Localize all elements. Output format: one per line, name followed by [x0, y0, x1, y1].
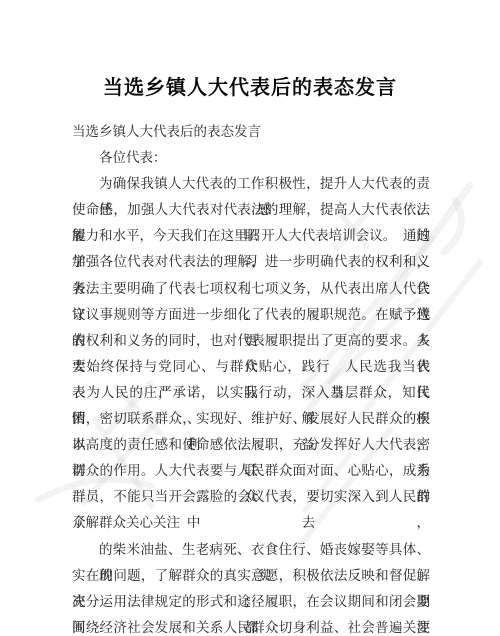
body-line: 要始终保持与党同心、与群众贴心，践行 人民选我当代表，我当代 — [72, 354, 430, 380]
document-title: 当选乡镇人大代表后的表态发言 — [0, 74, 500, 102]
body-line: 的权利和义务的同时，也对代表履职提出了更高的要求。人大代表 — [72, 328, 430, 354]
body-line: 加强各位代表对代表法的理解，进一步明确代表的权利和义务。代 — [72, 249, 430, 275]
body-line: 使命感，加强人大代表对代表法的理解，提高人大代表依法履职的 — [72, 197, 430, 223]
body-line: 各位代表： — [72, 145, 430, 171]
body-line: 以高度的责任感和使命感依法履职，充分发挥好人大代表密切联系 — [72, 432, 430, 458]
body-line: 困，密切联系群众，实现好、维护好、发展好人民群众的根本利益， — [72, 406, 430, 432]
body-line: 的柴米油盐、生老病死、衣食住行、婚丧嫁娶等具体、现实、 — [72, 537, 430, 563]
body-line: 当选乡镇人大代表后的表态发言 — [72, 119, 430, 145]
body-line: 表为人民的庄严承诺，以实际行动，深入基层群众，知民情、解疾 — [72, 380, 430, 406]
body-line: 表法主要明确了代表七项权利七项义务，从代表出席人代会议、遵 — [72, 276, 430, 302]
body-line: 围绕经济社会发展和关系人民群众切身利益、社会普遍关注的重大 — [72, 615, 430, 636]
body-line: 充分运用法律规定的形式和途径履职，在会议期间和闭会期间都要 — [72, 589, 430, 615]
body-line: 守议事规则等方面进一步细化了代表的履职规范。在赋予代表更多 — [72, 302, 430, 328]
body-line: 群众的作用。人大代表要与人民群众面对面、心贴心，成为群众的 — [72, 458, 430, 484]
body-line: 一员，不能只当开会露脸的会议代表，要切实深入到人民群众中去， — [72, 484, 430, 510]
document-page: 当选乡镇人大代表后的表态发言 当选乡镇人大代表后的表态发言 各位代表： 为确保我… — [0, 0, 500, 636]
body-line: 为确保我镇人大代表的工作积极性，提升人大代表的责任感、 — [72, 171, 430, 197]
body-line: 实在的问题，了解群众的真实意愿，积极依法反映和督促解决；要 — [72, 563, 430, 589]
document-body: 当选乡镇人大代表后的表态发言 各位代表： 为确保我镇人大代表的工作积极性，提升人… — [72, 119, 430, 636]
body-line: 能力和水平，今天我们在这里召开人大代表培训会议。 通过学习， — [72, 223, 430, 249]
